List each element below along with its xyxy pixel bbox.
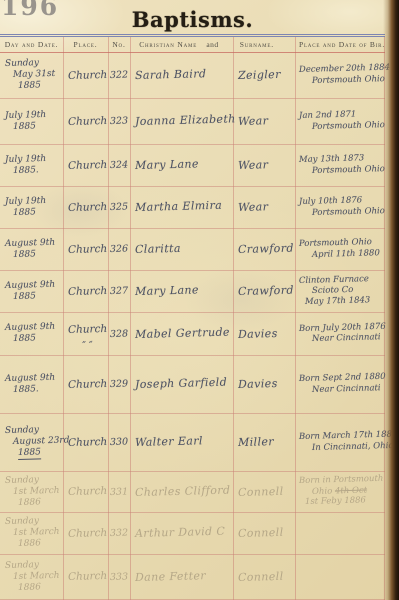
- christian-name-value: Claritta: [135, 240, 233, 256]
- christian-name-value: Joanna Elizabeth: [135, 112, 233, 128]
- cell-place-date-of-birth: Portsmouth OhioApril 11th 1880: [295, 229, 385, 270]
- cell-surname: Crawford: [233, 271, 295, 312]
- entry-number: 325: [108, 201, 130, 213]
- date-line: August 9th: [5, 372, 63, 385]
- entry-number: 327: [108, 285, 130, 297]
- date-line: July 19th: [5, 195, 63, 208]
- date-line: 1885: [13, 120, 63, 132]
- table-row: Sunday1st March1886Church332Arthur David…: [0, 513, 385, 555]
- birth-line: Portsmouth Ohio: [312, 164, 385, 176]
- christian-name-value: Walter Earl: [135, 433, 233, 449]
- date-line: 1885: [18, 447, 63, 459]
- place-value: Church: [68, 526, 108, 539]
- date-line: 1886: [18, 496, 63, 508]
- entry-number: 329: [108, 378, 130, 390]
- cell-number: 322: [108, 53, 130, 98]
- col-header-name: Christian Name and Surname.: [130, 40, 295, 49]
- date-line: 1885.: [13, 383, 63, 395]
- cell-place-date-of-birth: Clinton FurnaceScioto CoMay 17th 1843: [295, 271, 385, 312]
- date-line: 1885: [13, 290, 63, 302]
- cell-place: Church: [63, 414, 108, 471]
- cell-surname: Wear: [233, 187, 295, 228]
- cell-place-date-of-birth: Born in PortsmouthOhio 4th Oct1st Feby 1…: [295, 472, 385, 512]
- cell-place-date-of-birth: May 13th 1873Portsmouth Ohio: [295, 145, 385, 186]
- cell-surname: Wear: [233, 145, 295, 186]
- table-row: Sunday1st March1886Church331Charles Clif…: [0, 472, 385, 513]
- cell-number: 326: [108, 229, 130, 270]
- surname-value: Davies: [238, 377, 295, 391]
- date-line: 1st March: [13, 485, 63, 497]
- cell-surname: Connell: [233, 513, 295, 554]
- col-header-no: No.: [108, 40, 130, 49]
- table-row: July 19th1885.Church324Mary LaneWearMay …: [0, 145, 385, 187]
- page-title: Baptisms.: [0, 7, 385, 32]
- col-header-and: and: [206, 40, 218, 49]
- col-header-place-date-of-birth: Place and Date of Bir.: [295, 40, 385, 49]
- cell-day-and-date: August 9th1885: [0, 229, 63, 270]
- entry-number: 331: [108, 486, 130, 498]
- cell-number: 325: [108, 187, 130, 228]
- col-header-surname: Surname.: [219, 40, 295, 49]
- cell-day-and-date: July 19th1885: [0, 187, 63, 228]
- cell-christian-name: Sarah Baird: [130, 53, 233, 98]
- cell-day-and-date: Sunday1st March1886: [0, 555, 63, 599]
- date-line: 1885: [13, 333, 63, 345]
- col-header-day-and-date: Day and Date.: [0, 40, 63, 49]
- cell-surname: Miller: [233, 414, 295, 471]
- place-value: Church: [68, 114, 108, 127]
- table-row: SundayAugust 23rd1885Church330Walter Ear…: [0, 414, 385, 472]
- cell-place: Church: [63, 271, 108, 312]
- entry-number: 328: [108, 328, 130, 340]
- cell-place-date-of-birth: [295, 513, 385, 554]
- cell-surname: Davies: [233, 356, 295, 413]
- cell-place: Church„ „: [63, 313, 108, 355]
- entry-number: 323: [108, 115, 130, 127]
- table-row: July 19th1885Church323Joanna ElizabethWe…: [0, 99, 385, 145]
- cell-christian-name: Joanna Elizabeth: [130, 99, 233, 144]
- place-value: Church: [68, 435, 108, 448]
- cell-day-and-date: Sunday1st March1886: [0, 513, 63, 554]
- birth-line: Near Cincinnati: [312, 332, 385, 344]
- surname-value: Crawford: [238, 242, 295, 256]
- entry-number: 326: [108, 243, 130, 255]
- christian-name-value: Arthur David C: [135, 524, 233, 540]
- place-value: Church: [68, 570, 108, 583]
- cell-place: Church: [63, 356, 108, 413]
- place-value: Church: [68, 200, 108, 213]
- date-line: 1886: [18, 538, 63, 550]
- cell-place: Church: [63, 99, 108, 144]
- cell-christian-name: Mabel Gertrude: [130, 313, 233, 355]
- cell-surname: Connell: [233, 472, 295, 512]
- cell-day-and-date: August 9th1885: [0, 313, 63, 355]
- place-value: Church: [68, 68, 108, 81]
- cell-number: 332: [108, 513, 130, 554]
- birth-line: Portsmouth Ohio: [312, 206, 385, 218]
- book-binding-edge: [383, 0, 399, 600]
- cell-place: Church: [63, 555, 108, 599]
- christian-name-value: Charles Clifford: [135, 483, 233, 499]
- cell-christian-name: Charles Clifford: [130, 472, 233, 512]
- cell-surname: Wear: [233, 99, 295, 144]
- cell-day-and-date: August 9th1885: [0, 271, 63, 312]
- table-row: August 9th1885.Church329Joseph GarfieldD…: [0, 356, 385, 414]
- baptism-register-page: 196 Baptisms. Day and Date. Place. No. C…: [0, 0, 399, 600]
- cell-place: Church: [63, 472, 108, 512]
- date-line: 1885: [13, 206, 63, 218]
- place-value: Church: [68, 485, 108, 498]
- cell-number: 333: [108, 555, 130, 599]
- entry-number: 324: [108, 159, 130, 171]
- table-row: SundayMay 31st1885Church322Sarah BairdZe…: [0, 53, 385, 99]
- cell-christian-name: Arthur David C: [130, 513, 233, 554]
- surname-value: Connell: [238, 526, 295, 540]
- birth-line: Portsmouth Ohio: [312, 120, 385, 132]
- cell-number: 327: [108, 271, 130, 312]
- surname-value: Wear: [238, 200, 295, 214]
- cell-day-and-date: SundayMay 31st1885: [0, 53, 63, 98]
- cell-place-date-of-birth: Born July 20th 1876Near Cincinnati: [295, 313, 385, 355]
- entry-number: 330: [108, 436, 130, 448]
- table-row: August 9th1885Church327Mary LaneCrawford…: [0, 271, 385, 313]
- entry-number: 333: [108, 571, 130, 583]
- place-value: Church: [68, 377, 108, 390]
- date-line: August 9th: [5, 237, 63, 250]
- surname-value: Connell: [238, 569, 295, 583]
- cell-surname: Zeigler: [233, 53, 295, 98]
- table-row: August 9th1885Church326ClarittaCrawfordP…: [0, 229, 385, 271]
- entry-number: 332: [108, 527, 130, 539]
- birth-line: In Cincinnati, Ohio: [312, 441, 385, 453]
- cell-christian-name: Walter Earl: [130, 414, 233, 471]
- place-value: Church: [68, 242, 108, 255]
- cell-day-and-date: July 19th1885: [0, 99, 63, 144]
- cell-christian-name: Mary Lane: [130, 145, 233, 186]
- cell-place: Church: [63, 145, 108, 186]
- cell-number: 330: [108, 414, 130, 471]
- table-rows: SundayMay 31st1885Church322Sarah BairdZe…: [0, 53, 385, 600]
- date-line: Sunday: [5, 559, 63, 572]
- cell-day-and-date: SundayAugust 23rd1885: [0, 414, 63, 471]
- christian-name-value: Mary Lane: [135, 156, 233, 172]
- christian-name-value: Joseph Garfield: [135, 375, 233, 391]
- cell-christian-name: Martha Elmira: [130, 187, 233, 228]
- table-row: August 9th1885Church„ „328Mabel Gertrude…: [0, 313, 385, 356]
- surname-value: Connell: [238, 484, 295, 498]
- cell-number: 324: [108, 145, 130, 186]
- place-value: Church: [68, 158, 108, 171]
- cell-place-date-of-birth: [295, 555, 385, 599]
- christian-name-value: Dane Fetter: [135, 568, 233, 584]
- cell-place: Church: [63, 53, 108, 98]
- ditto-marks: „ „: [82, 335, 108, 344]
- christian-name-value: Sarah Baird: [135, 66, 233, 82]
- birth-line: Portsmouth Ohio: [312, 74, 385, 86]
- entry-number: 322: [108, 69, 130, 81]
- surname-value: Davies: [238, 326, 295, 340]
- surname-value: Zeigler: [238, 68, 295, 82]
- table-row: July 19th1885Church325Martha ElmiraWearJ…: [0, 187, 385, 229]
- cell-surname: Crawford: [233, 229, 295, 270]
- date-line: 1885: [18, 80, 63, 92]
- date-line: 1886: [18, 581, 63, 593]
- cell-number: 331: [108, 472, 130, 512]
- cell-christian-name: Joseph Garfield: [130, 356, 233, 413]
- cell-place-date-of-birth: Born March 17th 1885In Cincinnati, Ohio: [295, 414, 385, 471]
- cell-christian-name: Claritta: [130, 229, 233, 270]
- cell-day-and-date: July 19th1885.: [0, 145, 63, 186]
- cell-day-and-date: Sunday1st March1886: [0, 472, 63, 512]
- date-line: Sunday: [5, 474, 63, 487]
- date-line: July 19th: [5, 153, 63, 166]
- surname-value: Wear: [238, 114, 295, 128]
- cell-christian-name: Mary Lane: [130, 271, 233, 312]
- birth-line: Near Cincinnati: [312, 383, 385, 395]
- cell-place-date-of-birth: Jan 2nd 1871Portsmouth Ohio: [295, 99, 385, 144]
- cell-place-date-of-birth: Born Sept 2nd 1880Near Cincinnati: [295, 356, 385, 413]
- table-row: Sunday1st March1886Church333Dane FetterC…: [0, 555, 385, 600]
- cell-surname: Davies: [233, 313, 295, 355]
- date-line: August 9th: [5, 279, 63, 292]
- col-header-christian-name: Christian Name: [130, 40, 206, 49]
- baptisms-table: Day and Date. Place. No. Christian Name …: [0, 34, 385, 600]
- cell-place-date-of-birth: July 10th 1876Portsmouth Ohio: [295, 187, 385, 228]
- birth-line: 1st Feby 1886: [305, 495, 385, 508]
- cell-place: Church: [63, 187, 108, 228]
- date-line: 1885: [13, 248, 63, 260]
- christian-name-value: Martha Elmira: [135, 198, 233, 214]
- cell-christian-name: Dane Fetter: [130, 555, 233, 599]
- cell-surname: Connell: [233, 555, 295, 599]
- christian-name-value: Mary Lane: [135, 282, 233, 298]
- cell-number: 329: [108, 356, 130, 413]
- cell-number: 328: [108, 313, 130, 355]
- place-value: Church: [68, 284, 108, 297]
- birth-line: May 17th 1843: [305, 295, 385, 308]
- date-line: 1885.: [13, 164, 63, 176]
- table-header: Day and Date. Place. No. Christian Name …: [0, 37, 385, 53]
- cell-place: Church: [63, 229, 108, 270]
- col-header-place: Place.: [63, 40, 108, 49]
- christian-name-value: Mabel Gertrude: [135, 325, 233, 341]
- cell-place-date-of-birth: December 20th 1884Portsmouth Ohio: [295, 53, 385, 98]
- surname-value: Crawford: [238, 284, 295, 298]
- date-line: 1st March: [13, 570, 63, 582]
- surname-value: Miller: [238, 435, 295, 449]
- birth-line: April 11th 1880: [312, 248, 385, 260]
- cell-place: Church: [63, 513, 108, 554]
- cell-day-and-date: August 9th1885.: [0, 356, 63, 413]
- date-line: July 19th: [5, 109, 63, 122]
- cell-number: 323: [108, 99, 130, 144]
- surname-value: Wear: [238, 158, 295, 172]
